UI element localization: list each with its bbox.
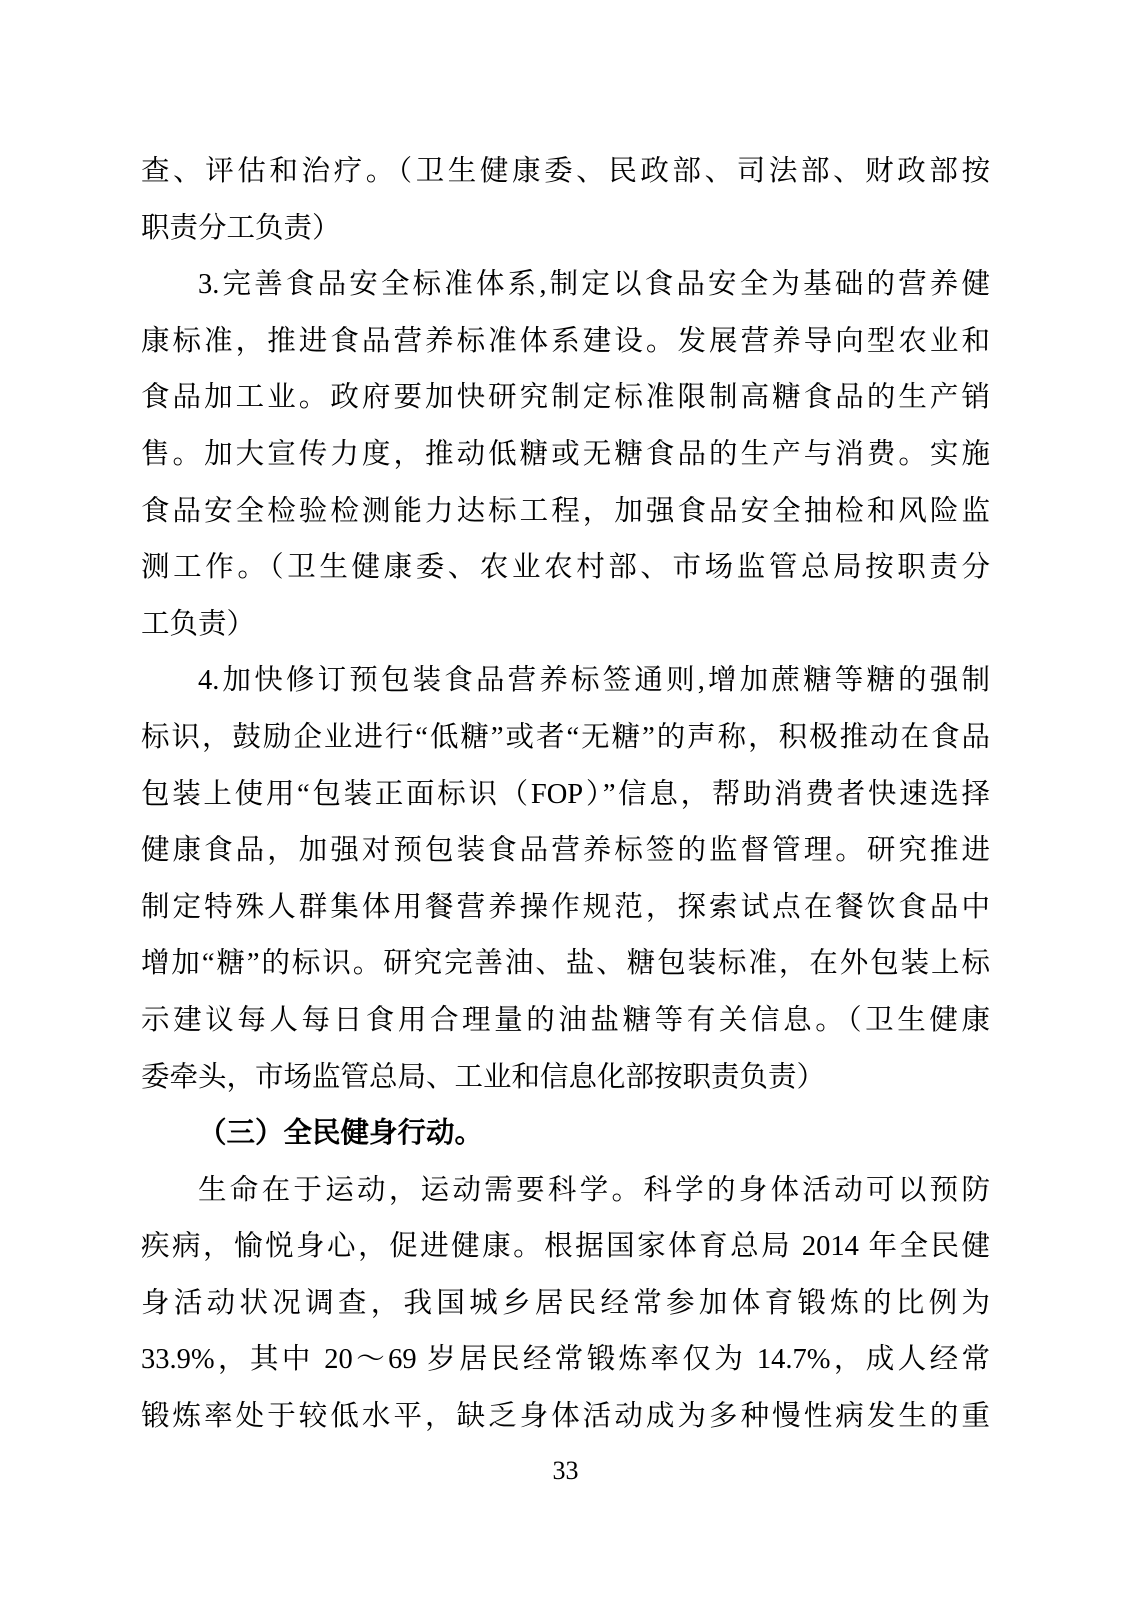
text-line: 疾病，愉悦身心，促进健康。根据国家体育总局 2014 年全民健 xyxy=(141,1219,990,1276)
text-line: 生命在于运动，运动需要科学。科学的身体活动可以预防 xyxy=(141,1163,990,1220)
text-line: 测工作。（卫生健康委、农业农村部、市场监管总局按职责分 xyxy=(141,540,990,597)
text-line: 身活动状况调查，我国城乡居民经常参加体育锻炼的比例为 xyxy=(141,1276,990,1333)
text-line: 锻炼率处于较低水平，缺乏身体活动成为多种慢性病发生的重 xyxy=(141,1389,990,1446)
text-line: 委牵头，市场监管总局、工业和信息化部按职责负责） xyxy=(141,1050,990,1107)
text-line: 售。加大宣传力度，推动低糖或无糖食品的生产与消费。实施 xyxy=(141,427,990,484)
section-heading: （三）全民健身行动。 xyxy=(141,1106,990,1163)
text-line: 3.完善食品安全标准体系,制定以食品安全为基础的营养健 xyxy=(141,257,990,314)
page-number: 33 xyxy=(0,1455,1131,1487)
document-body: 查、评估和治疗。（卫生健康委、民政部、司法部、财政部按 职责分工负责） 3.完善… xyxy=(141,144,990,1446)
text-line: 包装上使用“包装正面标识（FOP）”信息，帮助消费者快速选择 xyxy=(141,767,990,824)
text-line: 健康食品，加强对预包装食品营养标签的监督管理。研究推进 xyxy=(141,823,990,880)
text-line: 标识，鼓励企业进行“低糖”或者“无糖”的声称，积极推动在食品 xyxy=(141,710,990,767)
text-line: 职责分工负责） xyxy=(141,201,990,258)
text-line: 示建议每人每日食用合理量的油盐糖等有关信息。（卫生健康 xyxy=(141,993,990,1050)
text-line: 增加“糖”的标识。研究完善油、盐、糖包装标准，在外包装上标 xyxy=(141,936,990,993)
text-line: 查、评估和治疗。（卫生健康委、民政部、司法部、财政部按 xyxy=(141,144,990,201)
text-line: 康标准，推进食品营养标准体系建设。发展营养导向型农业和 xyxy=(141,314,990,371)
text-line: 4.加快修订预包装食品营养标签通则,增加蔗糖等糖的强制 xyxy=(141,653,990,710)
text-line: 食品加工业。政府要加快研究制定标准限制高糖食品的生产销 xyxy=(141,370,990,427)
text-line: 制定特殊人群集体用餐营养操作规范，探索试点在餐饮食品中 xyxy=(141,880,990,937)
text-line: 食品安全检验检测能力达标工程，加强食品安全抽检和风险监 xyxy=(141,484,990,541)
text-line: 33.9%，其中 20～69 岁居民经常锻炼率仅为 14.7%，成人经常 xyxy=(141,1332,990,1389)
text-line: 工负责） xyxy=(141,597,990,654)
document-page: 查、评估和治疗。（卫生健康委、民政部、司法部、财政部按 职责分工负责） 3.完善… xyxy=(0,0,1131,1600)
